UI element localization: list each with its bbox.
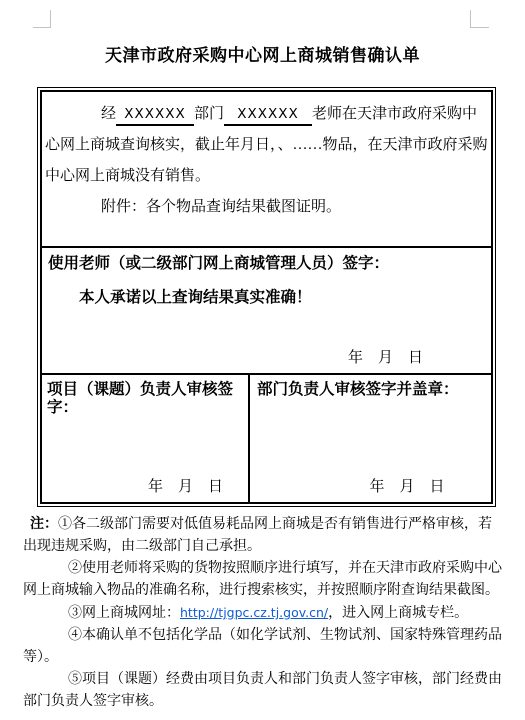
user-signature-date: 年 月 日 <box>48 348 485 368</box>
note-item-1: 注：①各二级部门需要对低值易耗品网上商城是否有销售进行严格审核，若出现违规采购，… <box>23 514 504 558</box>
note-item-3-suffix: ，进入网上商城专栏。 <box>328 606 468 621</box>
confirmation-form-table-inner: 经XXXXXX部门XXXXXX老师在天津市政府采购中心网上商城查询核实，截止年月… <box>40 90 493 504</box>
note-item-2: ②使用老师将采购的货物按照顺序进行填写，并在天津市政府采购中心网上商城输入物品的… <box>23 558 504 602</box>
statement-cell: 经XXXXXX部门XXXXXX老师在天津市政府采购中心网上商城查询核实，截止年月… <box>42 92 491 248</box>
promise-statement: 本人承诺以上查询结果真实准确！ <box>48 289 485 307</box>
user-signature-cell: 使用老师（或二级部门网上商城管理人员）签字： 本人承诺以上查询结果真实准确！ 年… <box>42 248 491 375</box>
note-item-3-prefix: ③网上商城网址： <box>68 606 180 621</box>
intro-connector: 部门 <box>194 106 224 122</box>
crop-mark-top-right <box>470 10 489 28</box>
department-signature-cell: 部门负责人审核签字并盖章： 年 月 日 <box>250 375 491 502</box>
note-item-1-text: ①各二级部门需要对低值易耗品网上商城是否有销售进行严格审核，若出现违规采购，由二… <box>23 517 492 554</box>
teacher-blank-field[interactable]: XXXXXX <box>224 105 312 126</box>
notes-section: 注：①各二级部门需要对低值易耗品网上商城是否有销售进行严格审核，若出现违规采购，… <box>23 514 504 713</box>
note-item-5: ⑤项目（课题）经费由项目负责人和部门负责人签字审核，部门经费由部门负责人签字审核… <box>23 669 504 713</box>
department-signature-label: 部门负责人审核签字并盖章： <box>257 381 487 399</box>
department-blank-field[interactable]: XXXXXX <box>116 105 194 126</box>
note-item-4: ④本确认单不包括化学品（如化学试剂、生物试剂、国家特殊管理药品等）。 <box>23 625 504 669</box>
review-signature-row: 项目（课题）负责人审核签字： 年 月 日 部门负责人审核签字并盖章： 年 月 日 <box>42 375 491 502</box>
project-signature-date: 年 月 日 <box>47 477 246 497</box>
note-item-3: ③网上商城网址：http://tjgpc.cz.tj.gov.cn/，进入网上商… <box>23 602 504 625</box>
user-signature-label: 使用老师（或二级部门网上商城管理人员）签字： <box>48 255 485 273</box>
attachment-line: 附件：各个物品查询结果截图证明。 <box>45 192 488 223</box>
mall-website-link[interactable]: http://tjgpc.cz.tj.gov.cn/ <box>180 605 328 620</box>
confirmation-form-table: 经XXXXXX部门XXXXXX老师在天津市政府采购中心网上商城查询核实，截止年月… <box>37 87 496 507</box>
crop-mark-top-left <box>33 10 51 28</box>
intro-paragraph: 经XXXXXX部门XXXXXX老师在天津市政府采购中心网上商城查询核实，截止年月… <box>45 99 488 192</box>
intro-prefix: 经 <box>101 106 116 122</box>
project-signature-cell: 项目（课题）负责人审核签字： 年 月 日 <box>42 375 250 502</box>
notes-label: 注： <box>30 517 58 532</box>
page-title: 天津市政府采购中心网上商城销售确认单 <box>0 41 525 66</box>
department-signature-date: 年 月 日 <box>257 477 487 497</box>
project-signature-label: 项目（课题）负责人审核签字： <box>47 381 246 417</box>
